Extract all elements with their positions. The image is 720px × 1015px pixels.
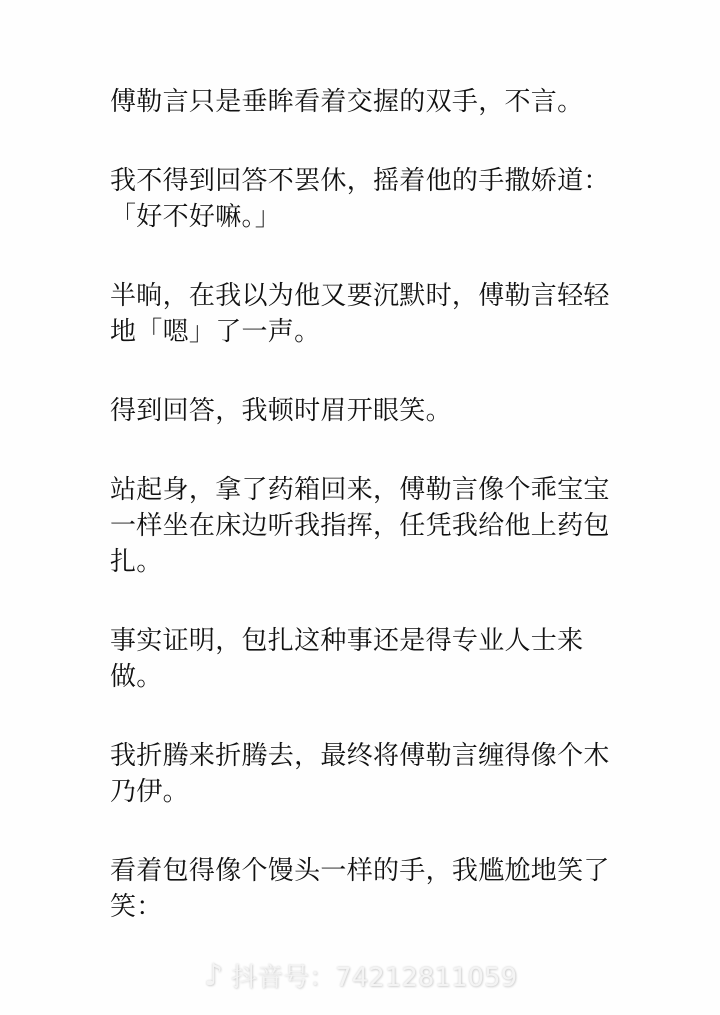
paragraph: 事实证明，包扎这种事还是得专业人士来做。 [110, 623, 616, 695]
paragraph: 看着包得像个馒头一样的手，我尴尬地笑了笑： [110, 853, 616, 925]
story-text: 傅勒言只是垂眸看着交握的双手，不言。 我不得到回答不罢休，摇着他的手撒娇道：「好… [110, 84, 616, 968]
watermark-text: 抖音号：74212811059 [231, 957, 517, 994]
paragraph: 我不得到回答不罢休，摇着他的手撒娇道：「好不好嘛。」 [110, 163, 616, 235]
paragraph: 站起身，拿了药箱回来，傅勒言像个乖宝宝一样坐在床边听我指挥，任凭我给他上药包扎。 [110, 472, 616, 580]
douyin-note-icon: ♪ [204, 958, 223, 993]
douyin-watermark: ♪ 抖音号：74212811059 [204, 955, 517, 995]
paragraph: 得到回答，我顿时眉开眼笑。 [110, 393, 616, 429]
paragraph: 我折腾来折腾去，最终将傅勒言缠得像个木乃伊。 [110, 738, 616, 810]
paragraph: 半晌，在我以为他又要沉默时，傅勒言轻轻地「嗯」了一声。 [110, 278, 616, 350]
paragraph: 傅勒言只是垂眸看着交握的双手，不言。 [110, 84, 616, 120]
